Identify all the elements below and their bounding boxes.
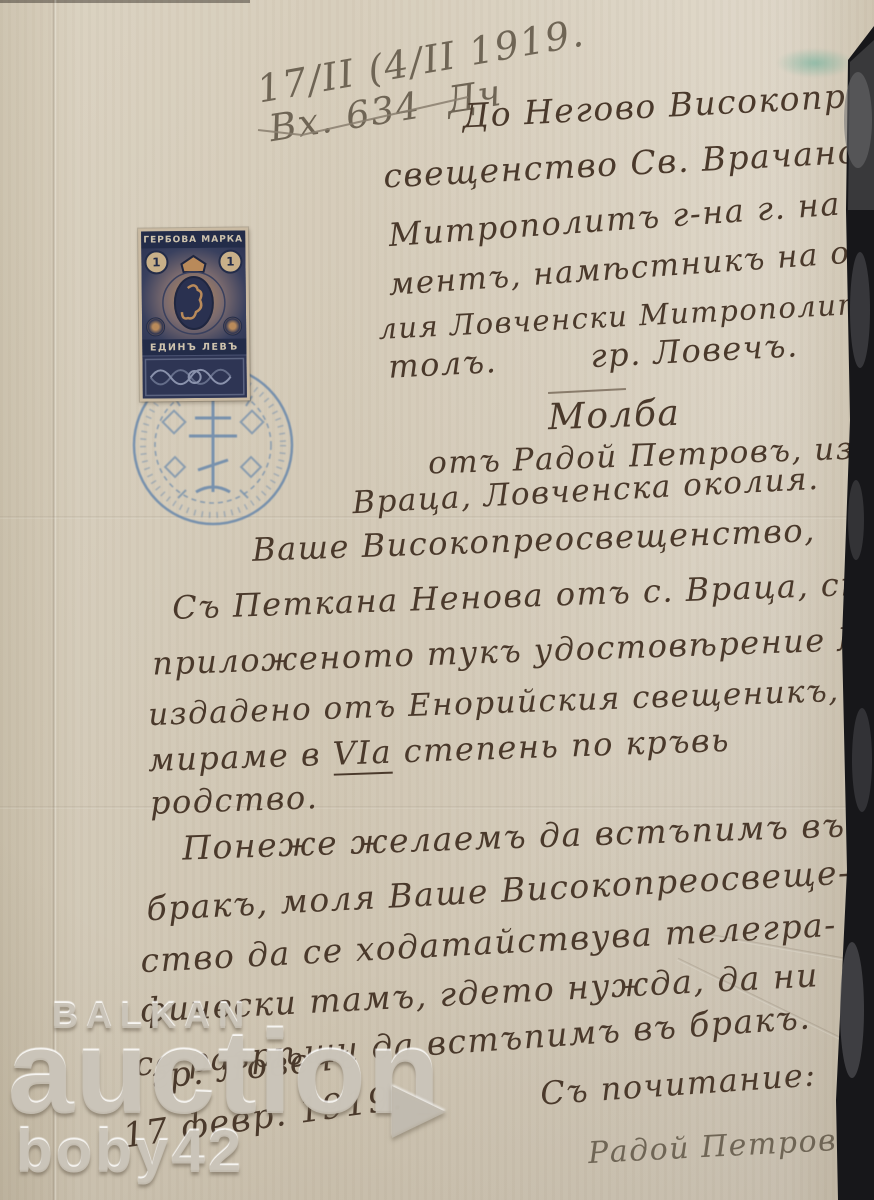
body-line: приложеното тукъ удостовѣрение № 13, bbox=[152, 620, 874, 679]
revenue-stamp-face: ГЕРБОВА МАРКА 1 1 ЕДИНЪ ЛЕВЪ bbox=[141, 230, 247, 398]
watermark-auction: auction bbox=[8, 1014, 442, 1132]
body-line-part: мираме в bbox=[148, 735, 334, 779]
body-line-part: степень по кръвь bbox=[391, 721, 730, 771]
address-line: свещенство Св. Врачански bbox=[382, 132, 874, 192]
stamp-rosette bbox=[223, 316, 242, 335]
scan-top-edge bbox=[0, 0, 250, 3]
body-line: родство. bbox=[149, 781, 318, 819]
revenue-stamp: ГЕРБОВА МАРКА 1 1 ЕДИНЪ ЛЕВЪ bbox=[138, 227, 250, 401]
stamp-center-vignette: 1 1 bbox=[141, 247, 246, 339]
watermark-arrow-icon bbox=[392, 1086, 446, 1138]
body-line: мираме в VIа степень по кръвь bbox=[148, 724, 731, 776]
address-line: До Негово Високопрео- bbox=[461, 77, 874, 133]
body-line: издадено отъ Енорийския свещеникъ, се на… bbox=[148, 672, 874, 731]
watermark-boby42: boby42 bbox=[16, 1122, 244, 1182]
stamp-rosette bbox=[146, 317, 165, 336]
address-underline bbox=[548, 388, 626, 394]
salutation: Ваше Високопреосвещенство, bbox=[252, 514, 817, 566]
scanned-document-photo: 17/II (4/II 1919. Вх. 634 Дч ГЕРБОВА МАР… bbox=[0, 0, 874, 1200]
green-ink-smudge bbox=[776, 48, 854, 78]
body-line: Съ Петкана Ненова отъ с. Враца, споредъ bbox=[172, 564, 874, 624]
petitioner-line: Враца, Ловченска околия. bbox=[352, 464, 821, 519]
stamp-header-label: ГЕРБОВА МАРКА bbox=[141, 230, 245, 248]
signature: Радой Петровъ bbox=[587, 1125, 859, 1169]
closing-salute: Съ почитание: bbox=[539, 1058, 817, 1109]
stamp-ornament bbox=[142, 354, 246, 398]
petition-title: Молба bbox=[547, 396, 681, 437]
crown-icon bbox=[181, 256, 205, 272]
vi-degree-underlined: VIа bbox=[332, 733, 393, 776]
patriarchal-cross-icon bbox=[189, 400, 237, 492]
